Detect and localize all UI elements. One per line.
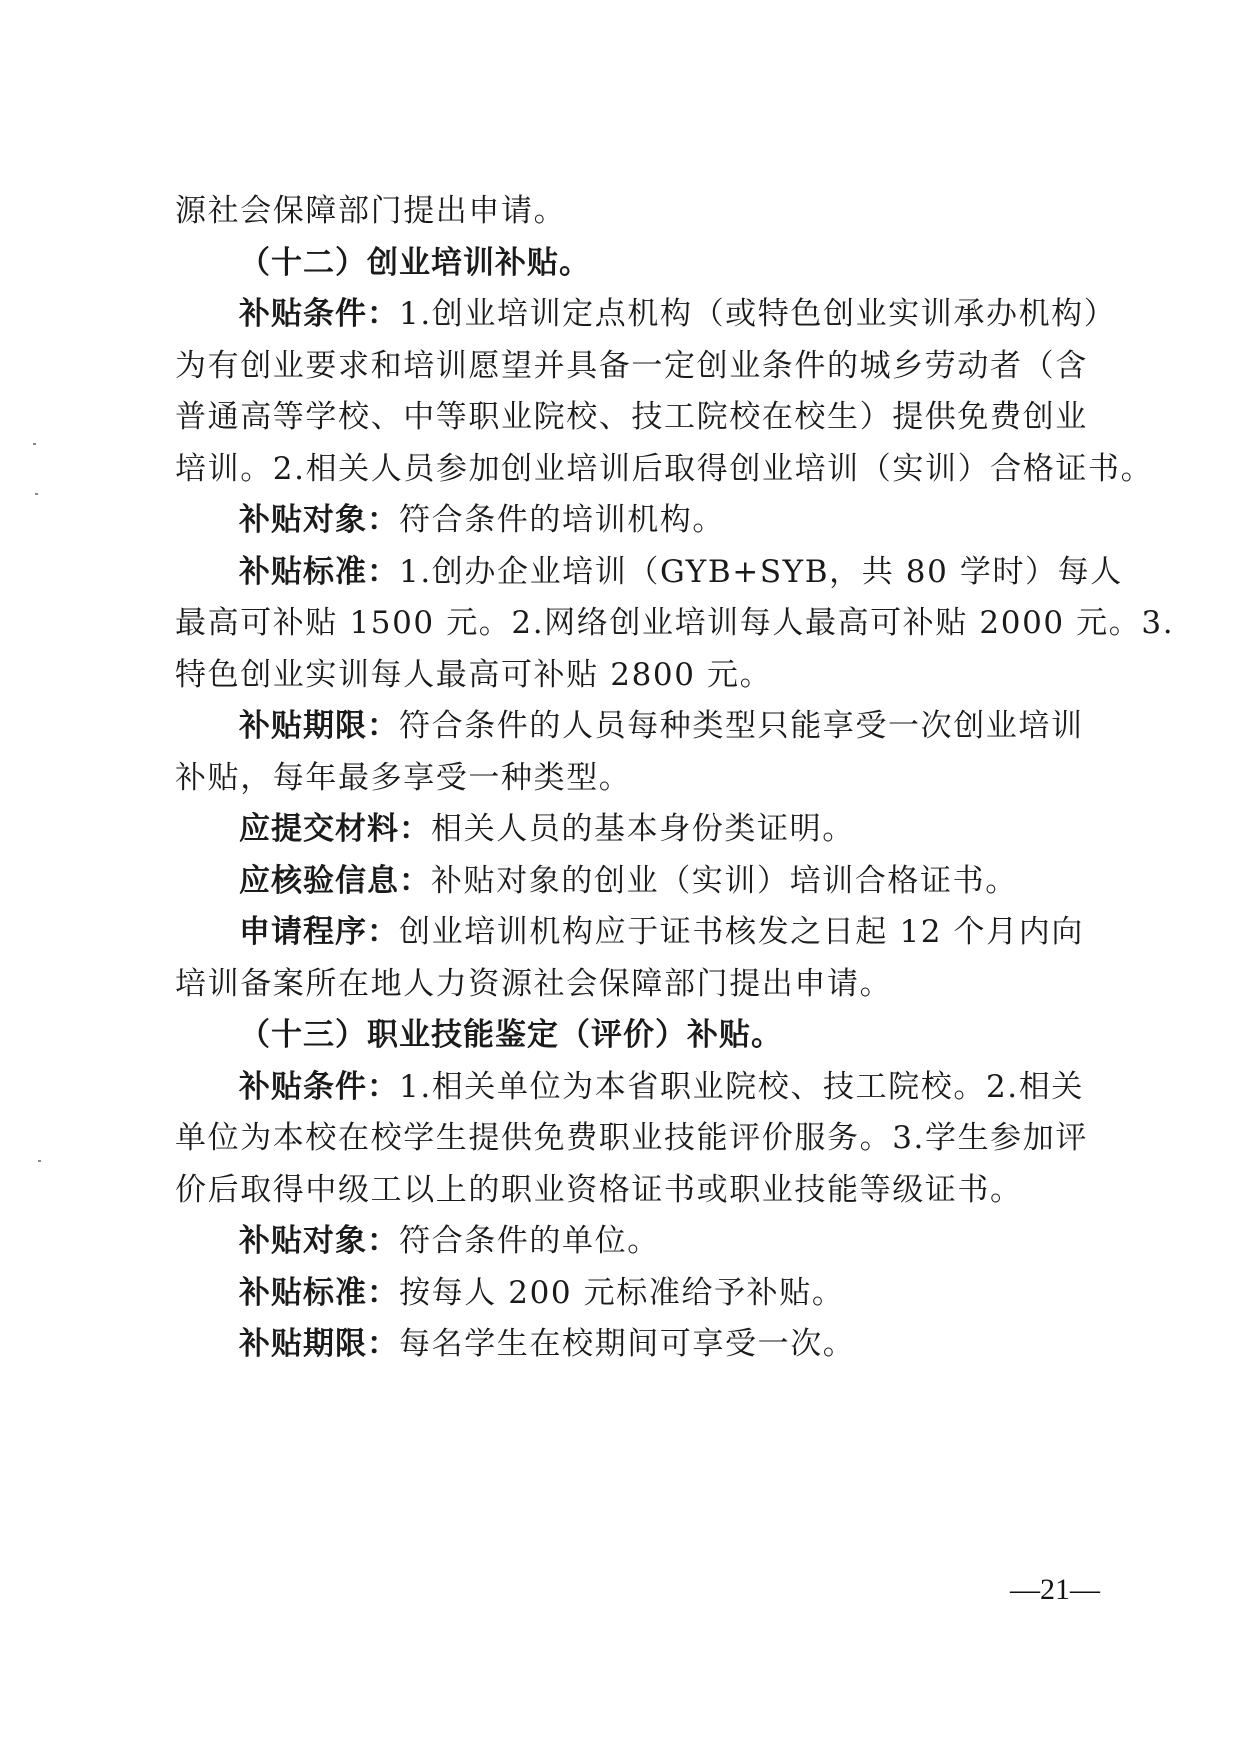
paragraph-line: 应核验信息：补贴对象的创业（实训）培训合格证书。 <box>175 856 1087 908</box>
field-text: 符合条件的人员每种类型只能享受一次创业培训 <box>399 708 1084 744</box>
paragraph-line: 价后取得中级工以上的职业资格证书或职业技能等级证书。 <box>175 1165 1087 1217</box>
field-label: 补贴条件： <box>239 1069 399 1105</box>
paragraph-line: 补贴对象：符合条件的培训机构。 <box>175 495 1087 547</box>
paragraph-line: 普通高等学校、中等职业院校、技工院校在校生）提供免费创业 <box>175 392 1087 444</box>
page-number: —21— <box>1010 1573 1100 1607</box>
field-label: 补贴对象： <box>239 1223 399 1259</box>
paragraph-line: 补贴期限：符合条件的人员每种类型只能享受一次创业培训 <box>175 701 1087 753</box>
paragraph-line: 特色创业实训每人最高可补贴 2800 元。 <box>175 650 1087 702</box>
field-text: 1.相关单位为本省职业院校、技工院校。2.相关 <box>399 1069 1084 1105</box>
field-label: 补贴标准： <box>239 554 399 590</box>
field-text: 创业培训机构应于证书核发之日起 12 个月内向 <box>399 914 1084 950</box>
paragraph-line: 补贴，每年最多享受一种类型。 <box>175 753 1087 805</box>
paragraph-line: 补贴条件：1.创业培训定点机构（或特色创业实训承办机构） <box>175 289 1087 341</box>
scan-speck <box>35 493 38 495</box>
paragraph-line: 补贴条件：1.相关单位为本省职业院校、技工院校。2.相关 <box>175 1062 1087 1114</box>
field-text: 每名学生在校期间可享受一次。 <box>399 1326 855 1362</box>
field-text: 按每人 200 元标准给予补贴。 <box>399 1275 844 1311</box>
paragraph-line: 单位为本校在校学生提供免费职业技能评价服务。3.学生参加评 <box>175 1113 1087 1165</box>
paragraph-line: 补贴标准：按每人 200 元标准给予补贴。 <box>175 1268 1087 1320</box>
field-text: 符合条件的培训机构。 <box>399 502 725 538</box>
field-label: 补贴期限： <box>239 708 399 744</box>
field-label: 补贴期限： <box>239 1326 399 1362</box>
field-text: 符合条件的单位。 <box>399 1223 660 1259</box>
section-heading-13: （十三）职业技能鉴定（评价）补贴。 <box>175 1010 1087 1062</box>
field-label: 补贴对象： <box>239 502 399 538</box>
section-heading-12: （十二）创业培训补贴。 <box>175 238 1087 290</box>
field-text: 补贴对象的创业（实训）培训合格证书。 <box>431 863 1018 899</box>
paragraph-line: 最高可补贴 1500 元。2.网络创业培训每人最高可补贴 2000 元。3. <box>175 598 1087 650</box>
scan-speck <box>33 443 36 445</box>
paragraph-line: 为有创业要求和培训愿望并具备一定创业条件的城乡劳动者（含 <box>175 341 1087 393</box>
field-label: 补贴标准： <box>239 1275 399 1311</box>
paragraph-line: 培训。2.相关人员参加创业培训后取得创业培训（实训）合格证书。 <box>175 444 1087 496</box>
document-page: 源社会保障部门提出申请。 （十二）创业培训补贴。 补贴条件：1.创业培训定点机构… <box>175 186 1087 1371</box>
paragraph-line: 源社会保障部门提出申请。 <box>175 186 1087 238</box>
field-label: 应核验信息： <box>239 863 431 899</box>
field-text: 1.创办企业培训（GYB+SYB，共 80 学时）每人 <box>399 554 1123 590</box>
field-label: 申请程序： <box>239 914 399 950</box>
paragraph-line: 补贴标准：1.创办企业培训（GYB+SYB，共 80 学时）每人 <box>175 547 1087 599</box>
field-text: 1.创业培训定点机构（或特色创业实训承办机构） <box>399 296 1116 332</box>
paragraph-line: 申请程序：创业培训机构应于证书核发之日起 12 个月内向 <box>175 907 1087 959</box>
scan-speck <box>38 1160 41 1162</box>
field-label: 补贴条件： <box>239 296 399 332</box>
paragraph-line: 培训备案所在地人力资源社会保障部门提出申请。 <box>175 959 1087 1011</box>
paragraph-line: 补贴对象：符合条件的单位。 <box>175 1216 1087 1268</box>
paragraph-line: 应提交材料：相关人员的基本身份类证明。 <box>175 804 1087 856</box>
paragraph-line: 补贴期限：每名学生在校期间可享受一次。 <box>175 1319 1087 1371</box>
field-text: 相关人员的基本身份类证明。 <box>431 811 855 847</box>
field-label: 应提交材料： <box>239 811 431 847</box>
